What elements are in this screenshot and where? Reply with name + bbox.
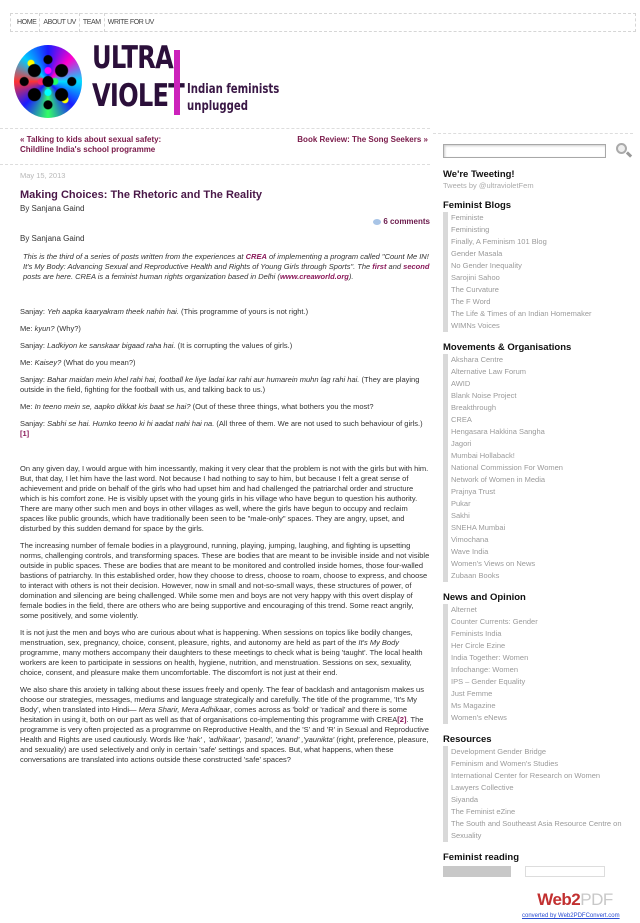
magnifier-handle — [626, 151, 632, 157]
feminist-blogs-list: Feministe Feministing Finally, A Feminis… — [443, 212, 638, 332]
resource-link[interactable]: Development Gender Bridge — [443, 746, 638, 758]
translation: (Why?) — [55, 324, 81, 333]
logo-ultra[interactable]: ULTRA — [92, 42, 173, 75]
hindi-text: Sabhi se hai. Humko teeno ki hi aadat na… — [47, 419, 214, 428]
hindi-text: kyun? — [35, 324, 55, 333]
first-post-link[interactable]: first — [372, 262, 386, 271]
blog-link[interactable]: Gender Masala — [443, 248, 638, 260]
org-link[interactable]: Prajnya Trust — [443, 486, 638, 498]
blog-link[interactable]: WIMNs Voices — [443, 320, 638, 332]
search-button[interactable] — [616, 143, 632, 159]
org-link[interactable]: Sakhi — [443, 510, 638, 522]
comments-count: 6 comments — [383, 217, 430, 226]
resource-link[interactable]: The Feminist eZine — [443, 806, 638, 818]
org-link[interactable]: Zubaan Books — [443, 570, 638, 582]
org-link[interactable]: Blank Noise Project — [443, 390, 638, 402]
resource-link[interactable]: Feminism and Women's Studies — [443, 758, 638, 770]
movements-list: Akshara Centre Alternative Law Forum AWI… — [443, 354, 638, 582]
hindi-text: Ladkiyon ke sanskaar bigaad raha hai. — [47, 341, 175, 350]
dialogue-line: Me: kyun? (Why?) — [20, 324, 430, 334]
nav-write-for-uv[interactable]: WRITE FOR UV — [105, 13, 157, 32]
feminist-reading-widget[interactable] — [443, 866, 638, 877]
post-date: May 15, 2013 — [20, 171, 430, 180]
news-heading: News and Opinion — [443, 592, 638, 603]
previous-post-link[interactable]: « Talking to kids about sexual safety: C… — [20, 135, 190, 156]
web2pdf-logo: Web2PDF — [535, 890, 615, 910]
org-link[interactable]: Women's Views on News — [443, 558, 638, 570]
post-byline: By Sanjana Gaind — [20, 204, 430, 213]
dialogue-line: Sanjay: Sabhi se hai. Humko teeno ki hi … — [20, 419, 430, 439]
blog-link[interactable]: Sarojini Sahoo — [443, 272, 638, 284]
body-paragraph: The increasing number of female bodies i… — [20, 541, 430, 621]
feminist-reading-heading: Feminist reading — [443, 852, 638, 863]
search-input[interactable] — [443, 144, 606, 158]
tweeting-heading: We're Tweeting! — [443, 169, 638, 180]
speaker: Me: — [20, 358, 35, 367]
hindi-title: Mera Sharir, Mera Adhikaar — [139, 705, 230, 714]
org-link[interactable]: Breakthrough — [443, 402, 638, 414]
blog-link[interactable]: The Life & Times of an Indian Homemaker — [443, 308, 638, 320]
news-link[interactable]: Just Femme — [443, 688, 638, 700]
translation: (This programme of yours is not right.) — [179, 307, 308, 316]
speaker: Sanjay: — [20, 419, 47, 428]
hindi-text: Yeh aapka kaaryakram theek nahin hai. — [47, 307, 179, 316]
hindi-text: In teeno mein se, aapko dikkat kis baat … — [35, 402, 191, 411]
movements-heading: Movements & Organisations — [443, 342, 638, 353]
logo-part: Web2 — [537, 890, 580, 909]
hindi-text: Bahar maidan mein khel rahi hai, footbal… — [47, 375, 359, 384]
web2pdf-watermark: Web2PDF — [535, 890, 615, 914]
crea-link[interactable]: CREA — [246, 252, 267, 261]
search-form — [443, 143, 638, 159]
text: This is the third of a series of posts w… — [23, 252, 246, 261]
comments-link[interactable]: 6 comments — [20, 217, 430, 226]
org-link[interactable]: CREA — [443, 414, 638, 426]
blog-link[interactable]: Finally, A Feminism 101 Blog — [443, 236, 638, 248]
speaker: Sanjay: — [20, 307, 47, 316]
news-link[interactable]: Alternet — [443, 604, 638, 616]
resource-link[interactable]: The South and Southeast Asia Resource Ce… — [443, 818, 638, 842]
resources-list: Development Gender Bridge Feminism and W… — [443, 746, 638, 842]
news-list: Alternet Counter Currents: Gender Femini… — [443, 604, 638, 724]
web2pdf-link[interactable]: converted by Web2PDFConvert.com — [522, 913, 620, 919]
tweets-link[interactable]: Tweets by @ultravioletFem — [443, 181, 638, 190]
second-post-link[interactable]: second — [403, 262, 429, 271]
org-link[interactable]: AWID — [443, 378, 638, 390]
news-link[interactable]: Counter Currents: Gender — [443, 616, 638, 628]
resource-link[interactable]: Lawyers Collective — [443, 782, 638, 794]
org-link[interactable]: Vimochana — [443, 534, 638, 546]
news-link[interactable]: Women's eNews — [443, 712, 638, 724]
blog-link[interactable]: No Gender Inequality — [443, 260, 638, 272]
translation: (It is corrupting the values of girls.) — [176, 341, 293, 350]
text: posts are here. CREA is a feminist human… — [23, 272, 280, 281]
text: ). — [349, 272, 354, 281]
speech-bubble-icon — [373, 219, 381, 225]
org-link[interactable]: Akshara Centre — [443, 354, 638, 366]
translation: (All three of them. We are not used to s… — [214, 419, 422, 428]
footnote-1-link[interactable]: [1] — [20, 429, 29, 438]
body-paragraph: We also share this anxiety in talking ab… — [20, 685, 430, 765]
org-link[interactable]: Wave India — [443, 546, 638, 558]
translation: (What do you mean?) — [61, 358, 135, 367]
logo-violet[interactable]: VIOLET — [92, 80, 184, 113]
org-link[interactable]: Pukar — [443, 498, 638, 510]
dialogue-line: Sanjay: Ladkiyon ke sanskaar bigaad raha… — [20, 341, 430, 351]
divider — [433, 133, 633, 134]
speaker: Me: — [20, 402, 35, 411]
post-title[interactable]: Making Choices: The Rhetoric and The Rea… — [20, 189, 430, 201]
news-link[interactable]: Infochange: Women — [443, 664, 638, 676]
post-body: This is the third of a series of posts w… — [20, 252, 430, 765]
dialogue-line: Sanjay: Bahar maidan mein khel rahi hai,… — [20, 375, 430, 395]
hindi-words: hak' , 'adhikaar', 'pasand', 'anand' ,'y… — [188, 735, 334, 744]
kaleidoscope-disc-icon[interactable] — [14, 45, 82, 118]
post-navigation: « Talking to kids about sexual safety: C… — [0, 128, 430, 165]
blog-link[interactable]: Feministing — [443, 224, 638, 236]
hindi-text: Kaisey? — [35, 358, 62, 367]
org-link[interactable]: Alternative Law Forum — [443, 366, 638, 378]
body-paragraph: On any given day, I would argue with him… — [20, 464, 430, 534]
speaker: Sanjay: — [20, 375, 47, 384]
programme-name: It's My Body — [358, 638, 399, 647]
speaker: Me: — [20, 324, 35, 333]
news-link[interactable]: IPS – Gender Equality — [443, 676, 638, 688]
logo-divider-bar — [174, 50, 180, 115]
translation: (Out of these three things, what bothers… — [191, 402, 374, 411]
text: It is not just the men and boys who are … — [20, 628, 413, 647]
body-paragraph: It is not just the men and boys who are … — [20, 628, 430, 678]
blog-link[interactable]: The Curvature — [443, 284, 638, 296]
org-link[interactable]: Hengasara Hakkina Sangha — [443, 426, 638, 438]
logo-tagline: Indian feminists — [187, 82, 279, 97]
book-cover-image[interactable] — [443, 866, 511, 877]
org-link[interactable]: National Commission For Women — [443, 462, 638, 474]
nav-home[interactable]: HOME — [14, 13, 40, 32]
text: programme, many mothers accompany their … — [20, 648, 423, 677]
feminist-blogs-heading: Feminist Blogs — [443, 200, 638, 211]
org-link[interactable]: Network of Women in Media — [443, 474, 638, 486]
nav-team[interactable]: TEAM — [80, 13, 105, 32]
dialogue-line: Me: Kaisey? (What do you mean?) — [20, 358, 430, 368]
post-byline: By Sanjana Gaind — [20, 234, 430, 243]
news-link[interactable]: India Together: Women — [443, 652, 638, 664]
blog-link[interactable]: Feministe — [443, 212, 638, 224]
logo-part: PDF — [580, 890, 613, 909]
dialogue-line: Me: In teeno mein se, aapko dikkat kis b… — [20, 402, 430, 412]
resource-link[interactable]: International Center for Research on Wom… — [443, 770, 638, 782]
org-link[interactable]: SNEHA Mumbai — [443, 522, 638, 534]
text: and — [386, 262, 403, 271]
logo-tagline: unplugged — [187, 99, 248, 114]
top-navigation: HOME ABOUT UV TEAM WRITE FOR UV — [10, 13, 636, 32]
nav-about-uv[interactable]: ABOUT UV — [40, 13, 79, 32]
news-link[interactable]: Ms Magazine — [443, 700, 638, 712]
intro-paragraph: This is the third of a series of posts w… — [20, 252, 430, 282]
speaker: Sanjay: — [20, 341, 47, 350]
resources-heading: Resources — [443, 734, 638, 745]
news-link[interactable]: Her Circle Ezine — [443, 640, 638, 652]
news-link[interactable]: Feminists India — [443, 628, 638, 640]
blog-link[interactable]: The F Word — [443, 296, 638, 308]
next-post-link[interactable]: Book Review: The Song Seekers » — [297, 135, 430, 156]
sidebar: We're Tweeting! Tweets by @ultravioletFe… — [443, 133, 638, 877]
org-link[interactable]: Mumbai Hollaback! — [443, 450, 638, 462]
org-link[interactable]: Jagori — [443, 438, 638, 450]
dialogue-line: Sanjay: Yeh aapka kaaryakram theek nahin… — [20, 307, 430, 317]
creaworld-link[interactable]: www.creaworld.org — [280, 272, 349, 281]
main-content: « Talking to kids about sexual safety: C… — [20, 128, 430, 765]
book-cover-image[interactable] — [525, 866, 605, 877]
resource-link[interactable]: Siyanda — [443, 794, 638, 806]
